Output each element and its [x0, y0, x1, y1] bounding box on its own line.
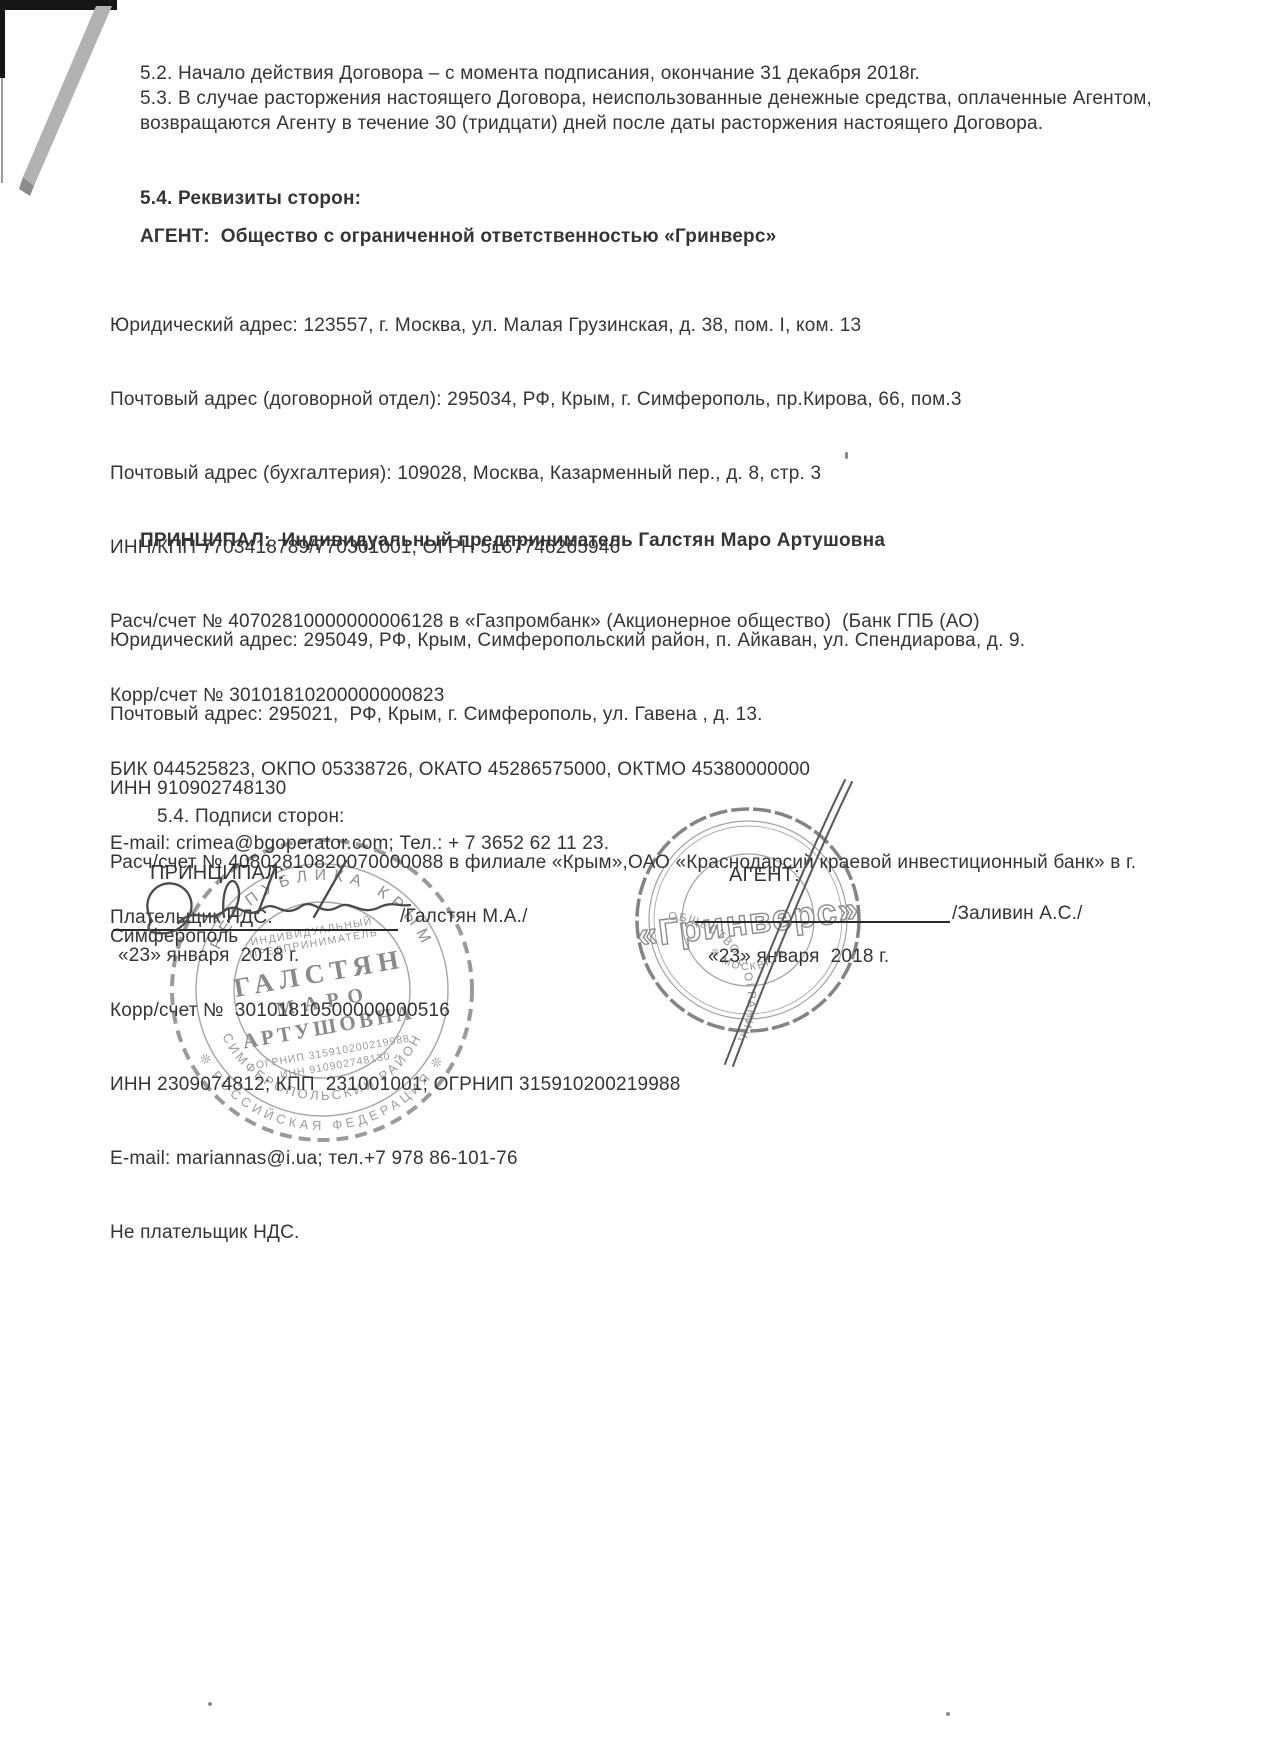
agent-handwritten-stroke — [618, 768, 878, 1078]
agent-requisite-line: Почтовый адрес (бухгалтерия): 109028, Мо… — [110, 462, 980, 487]
principal-requisite-line: Юридический адрес: 295049, РФ, Крым, Сим… — [110, 629, 1136, 654]
principal-requisite-line: E-mail: mariannas@i.ua; тел.+7 978 86-10… — [110, 1147, 1136, 1172]
principal-requisite-line: Почтовый адрес: 295021, РФ, Крым, г. Сим… — [110, 703, 1136, 728]
scan-speck — [208, 1702, 212, 1706]
principal-heading: ПРИНЦИПАЛ: Индивидуальный предпринимател… — [140, 530, 885, 552]
scanned-contract-page: 5.2. Начало действия Договора – с момент… — [0, 0, 1274, 1753]
clause-5-2: 5.2. Начало действия Договора – с момент… — [140, 63, 920, 85]
principal-requisite-line: Не плательщик НДС. — [110, 1221, 1136, 1246]
folded-corner-streak — [0, 0, 140, 210]
agent-signature-name: /Заливин А.С./ — [952, 903, 1083, 925]
requisites-heading: 5.4. Реквизиты сторон: — [140, 188, 361, 210]
clause-5-3-line1: 5.3. В случае расторжения настоящего Дог… — [140, 88, 1152, 110]
agent-requisite-line: Юридический адрес: 123557, г. Москва, ул… — [110, 314, 980, 339]
signatures-heading: 5.4. Подписи сторон: — [157, 806, 345, 828]
scan-speck — [946, 1712, 950, 1716]
agent-requisite-line: Почтовый адрес (договорной отдел): 29503… — [110, 388, 980, 413]
clause-5-3-line2: возвращаются Агенту в течение 30 (тридца… — [140, 113, 1043, 135]
agent-heading: АГЕНТ: Общество с ограниченной ответстве… — [140, 226, 776, 248]
principal-handwritten-signature — [100, 855, 530, 985]
